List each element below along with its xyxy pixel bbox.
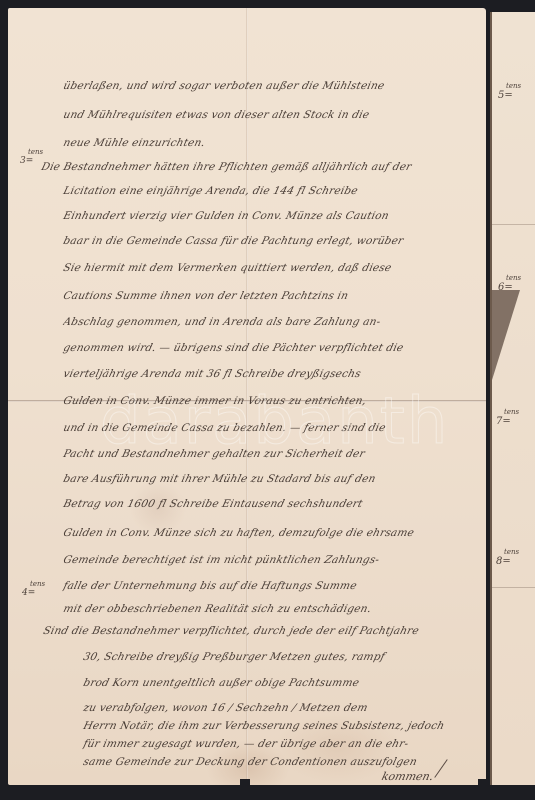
manuscript-line: Licitation eine einjährige Arenda, die 1…: [62, 185, 475, 197]
manuscript-line: falle der Unternehmung bis auf die Haftu…: [62, 580, 475, 592]
manuscript-line: Sie hiermit mit dem Vermerken quittiert …: [62, 262, 475, 274]
manuscript-line: genommen wird. — übrigens sind die Pächt…: [62, 342, 475, 354]
margin-note-5: tens5=: [498, 82, 521, 100]
manuscript-line: Sind die Bestandnehmer verpflichtet, dur…: [42, 625, 475, 637]
margin-note-4: tens4=: [22, 580, 45, 598]
manuscript-line: und in die Gemeinde Cassa zu bezahlen. —…: [62, 422, 475, 434]
manuscript-line: Gulden in Conv. Münze sich zu haften, de…: [62, 527, 475, 539]
manuscript-line: baar in die Gemeinde Cassa für die Pacht…: [62, 235, 475, 247]
manuscript-line: und Mühlrequisiten etwas von dieser alte…: [62, 109, 475, 121]
manuscript-line: Cautions Summe ihnen von der letzten Pac…: [62, 290, 475, 302]
manuscript-line: Abschlag genommen, und in Arenda als bar…: [62, 316, 475, 328]
manuscript-line: mit der obbeschriebenen Realität sich zu…: [62, 603, 475, 615]
fold-line: [492, 587, 535, 588]
manuscript-line: brod Korn unentgeltlich außer obige Pach…: [82, 677, 477, 689]
manuscript-line: Herrn Notär, die ihm zur Verbesserung se…: [82, 720, 477, 732]
manuscript-line: Pacht und Bestandnehmer gehalten zur Sic…: [62, 448, 475, 460]
adjacent-page-strip: tens5= tens6= tens7= tens8=: [490, 12, 535, 785]
page-notch: [478, 779, 488, 787]
margin-note-7: tens7=: [496, 408, 519, 426]
manuscript-line: neue Mühle einzurichten.: [62, 137, 475, 149]
manuscript-line: Betrag von 1600 fl Schreibe Eintausend s…: [62, 498, 475, 510]
manuscript-line: überlaßen, und wird sogar verboten außer…: [62, 80, 475, 92]
closing-word: kommen.: [380, 770, 434, 783]
manuscript-line: Einhundert vierzig vier Gulden in Conv. …: [62, 210, 475, 222]
manuscript-line: zu verabfolgen, wovon 16 / Sechzehn / Me…: [82, 702, 477, 714]
manuscript-line: Gulden in Conv. Münze immer in Voraus zu…: [62, 395, 475, 407]
page-notch: [240, 779, 250, 787]
margin-note-6: tens6=: [498, 274, 521, 292]
manuscript-line: Die Bestandnehmer hätten ihre Pflichten …: [40, 161, 475, 173]
fold-shadow: [492, 290, 520, 380]
margin-note-3: tens3=: [20, 148, 43, 166]
manuscript-line: Gemeinde berechtiget ist im nicht pünktl…: [62, 554, 475, 566]
fold-line: [492, 224, 535, 225]
manuscript-line: same Gemeinde zur Deckung der Condention…: [82, 756, 477, 768]
manuscript-line: 30, Schreibe dreyßig Preßburger Metzen g…: [82, 651, 477, 663]
margin-note-8: tens8=: [496, 548, 519, 566]
manuscript-line: für immer zugesagt wurden, — der übrige …: [82, 738, 477, 750]
manuscript-line: bare Ausführung mit ihrer Mühle zu Stada…: [62, 473, 475, 485]
manuscript-line: vierteljährige Arenda mit 36 fl Schreibe…: [62, 368, 475, 380]
